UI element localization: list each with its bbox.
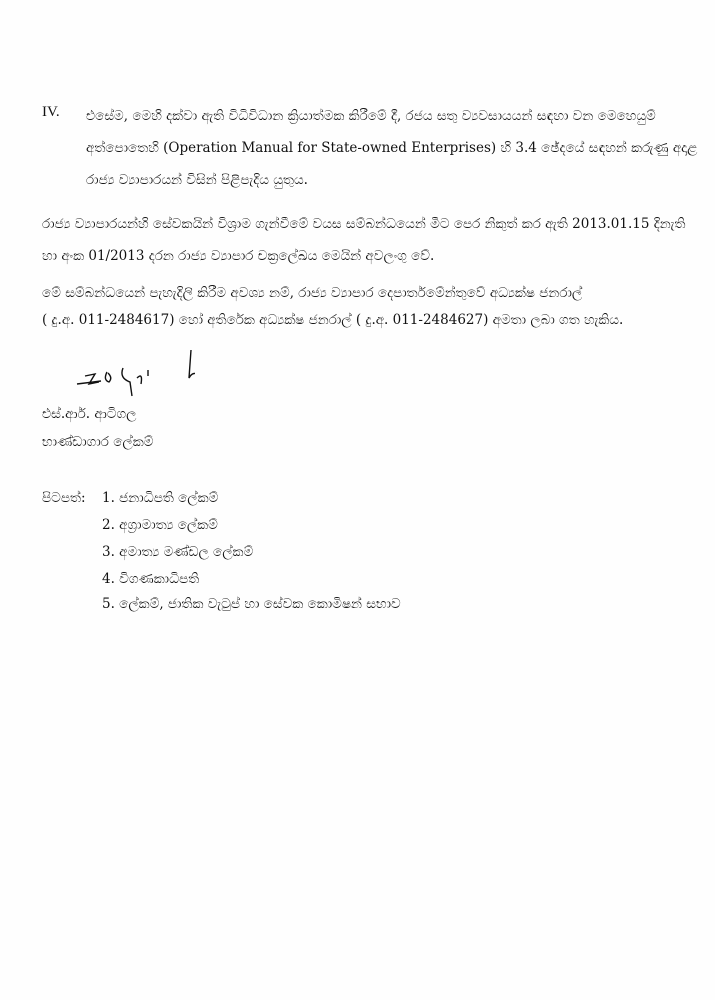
copies-label: පිටපත්:: [42, 488, 86, 508]
section-numeral: IV.: [42, 104, 60, 121]
signatory-name: එස්.ආර්. ආටිගල: [42, 404, 136, 424]
copies-item: 3. අමාත්‍ය මණ්ඩල ලේකම්: [102, 542, 253, 562]
signatory-title: භාණ්ඩාගාර ලේකම්: [42, 432, 153, 452]
copies-item: 4. විගණකාධිපති: [102, 569, 199, 589]
copies-item: 5. ලේකම්, ජාතික වැටුප් හා සේවක කොමිෂන් ස…: [102, 594, 401, 614]
contact-line-2: ( දු.අ. 011-2484617) හෝ අතිරේක අධ්‍යක්ෂ …: [42, 310, 623, 330]
section-iv-line-2: අත්පොතෙහි (Operation Manual for State-ow…: [86, 138, 697, 158]
revocation-line-2: හා අංක 01/2013 දරන රාජ්‍ය ව්‍යාපාර චක්‍ර…: [42, 246, 434, 266]
copies-item: 2. අග්‍රාමාත්‍ය ලේකම්: [102, 515, 218, 535]
faint-bleed-through: [290, 895, 390, 905]
contact-line-1: මේ සම්බන්ධයෙන් පැහැදිලි කිරීම අවශ්‍ය නම්…: [42, 283, 582, 303]
section-iv-line-3: රාජ්‍ය ව්‍යාපාරයන් විසින් පිළිපැදිය යුතු…: [86, 170, 308, 190]
section-iv-line-1: එසේම, මෙහි දක්වා ඇති විධිවිධාන ක්‍රියාත්…: [86, 106, 656, 126]
revocation-line-1: රාජ්‍ය ව්‍යාපාරයන්හි සේවකයින් විශ්‍රාම ග…: [42, 214, 685, 234]
document-page: IV. එසේම, මෙහි දක්වා ඇති විධිවිධාන ක්‍රි…: [0, 0, 715, 1000]
signature-image: [75, 348, 195, 398]
copies-item: 1. ජනාධිපති ලේකම්: [102, 488, 218, 508]
